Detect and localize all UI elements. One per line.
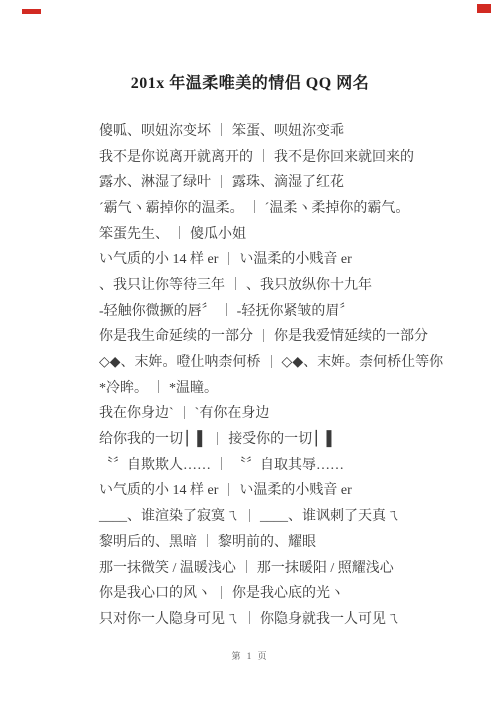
nickname-right: 你是我心底的光ヽ xyxy=(232,582,344,602)
nickname-right: *温瞳。 xyxy=(169,377,218,397)
pair-separator xyxy=(254,200,255,213)
red-mark-top-right xyxy=(477,4,491,13)
nickname-right: -轻抚你紧皱的眉〞 xyxy=(237,300,354,320)
nickname-pair-row: 〝〞自欺欺人…… 〝〞自取其辱…… xyxy=(99,451,470,477)
pair-separator xyxy=(226,303,227,316)
nickname-right: 黎明前的、耀眼 xyxy=(218,531,316,551)
nickname-pair-row: 你是我生命延续的一部分 你是我爱情延续的一部分 xyxy=(99,323,470,349)
nickname-right: い温柔的小贱音 er xyxy=(239,479,351,499)
nickname-right: 〝〞自取其辱…… xyxy=(232,454,344,474)
nickname-right: 我不是你回来就回来的 xyxy=(274,146,414,166)
nickname-right: い温柔的小贱音 er xyxy=(239,248,351,268)
page-title: 201x 年温柔唯美的情侣 QQ 网名 xyxy=(0,0,500,93)
nickname-pair-row: 露水、淋湿了绿叶 露珠、滴湿了红花 xyxy=(99,168,470,194)
pair-separator xyxy=(221,586,222,599)
nickname-pair-row: ◇◆、末姩。噔仩呐柰何桥 ◇◆、末姩。柰何桥仩等你 xyxy=(99,348,470,374)
nickname-pair-row: ____、谁渲染了寂寞ㄟ ____、谁讽刺了天真ㄟ xyxy=(99,502,470,528)
nickname-pair-row: ˊ霸气ヽ霸掉你的温柔。 ˊ温柔ヽ柔掉你的霸气。 xyxy=(99,194,470,220)
pair-separator xyxy=(179,226,180,239)
pair-separator xyxy=(249,611,250,624)
nickname-pair-row: *冷眸。 *温瞳。 xyxy=(99,374,470,400)
pair-separator xyxy=(207,534,208,547)
pair-separator xyxy=(228,252,229,265)
nickname-pair-row: い气质的小 14 样 er い温柔的小贱音 er xyxy=(99,477,470,503)
nickname-list: 傻呱、呗妞沵变坏 笨蛋、呗妞沵变乖 我不是你说离开就离开的 我不是你回来就回来的… xyxy=(99,117,470,631)
pair-separator xyxy=(221,175,222,188)
nickname-left: 笨蛋先生、 xyxy=(99,223,169,243)
pair-separator xyxy=(221,457,222,470)
pair-separator xyxy=(217,432,218,445)
nickname-left: 给你我的一切 ▏▌ xyxy=(99,428,207,448)
nickname-right: 傻瓜小姐 xyxy=(190,223,246,243)
nickname-left: 你是我生命延续的一部分 xyxy=(99,325,253,345)
nickname-right: 笨蛋、呗妞沵变乖 xyxy=(232,120,344,140)
red-mark-top-left xyxy=(22,9,41,14)
nickname-left: 那一抹微笑 / 温暖浅心 xyxy=(99,557,236,577)
nickname-left: 我不是你说离开就离开的 xyxy=(99,146,253,166)
pair-separator xyxy=(158,380,159,393)
nickname-left: ____、谁渲染了寂寞ㄟ xyxy=(99,505,239,525)
nickname-right: 你是我爱情延续的一部分 xyxy=(274,325,428,345)
nickname-right: ____、谁讽刺了天真ㄟ xyxy=(260,505,400,525)
document-page: 201x 年温柔唯美的情侣 QQ 网名 傻呱、呗妞沵变坏 笨蛋、呗妞沵变乖 我不… xyxy=(0,0,500,708)
nickname-left: ˊ霸气ヽ霸掉你的温柔。 xyxy=(99,197,244,217)
nickname-left: -轻触你微撅的唇〞 xyxy=(99,300,216,320)
nickname-left: 你是我心口的风ヽ xyxy=(99,582,211,602)
nickname-pair-row: 傻呱、呗妞沵变坏 笨蛋、呗妞沵变乖 xyxy=(99,117,470,143)
nickname-right: 你隐身就我一人可见ㄟ xyxy=(260,608,400,628)
nickname-left: い气质的小 14 样 er xyxy=(99,248,218,268)
nickname-pair-row: 给你我的一切 ▏▌ 接受你的一切 ▏▌ xyxy=(99,425,470,451)
nickname-left: *冷眸。 xyxy=(99,377,148,397)
pair-separator xyxy=(249,509,250,522)
nickname-pair-row: 那一抹微笑 / 温暖浅心 那一抹暖阳 / 照耀浅心 xyxy=(99,554,470,580)
pair-separator xyxy=(235,277,236,290)
nickname-left: 傻呱、呗妞沵变坏 xyxy=(99,120,211,140)
nickname-pair-row: 你是我心口的风ヽ 你是我心底的光ヽ xyxy=(99,579,470,605)
nickname-pair-row: 、我只让你等待三年 、我只放纵你十九年 xyxy=(99,271,470,297)
nickname-left: 、我只让你等待三年 xyxy=(99,274,225,294)
pair-separator xyxy=(263,329,264,342)
pair-separator xyxy=(246,560,247,573)
nickname-right: 接受你的一切 ▏▌ xyxy=(228,428,336,448)
nickname-pair-row: -轻触你微撅的唇〞 -轻抚你紧皱的眉〞 xyxy=(99,297,470,323)
pair-separator xyxy=(184,406,185,419)
nickname-left: 我在你身边ˋ xyxy=(99,402,174,422)
nickname-pair-row: 只对你一人隐身可见ㄟ 你隐身就我一人可见ㄟ xyxy=(99,605,470,631)
nickname-left: 只对你一人隐身可见ㄟ xyxy=(99,608,239,628)
nickname-left: 〝〞自欺欺人…… xyxy=(99,454,211,474)
nickname-right: 露珠、滴湿了红花 xyxy=(232,171,344,191)
nickname-right: 、我只放纵你十九年 xyxy=(246,274,372,294)
pair-separator xyxy=(221,123,222,136)
nickname-left: 露水、淋湿了绿叶 xyxy=(99,171,211,191)
nickname-pair-row: い气质的小 14 样 er い温柔的小贱音 er xyxy=(99,245,470,271)
nickname-left: 黎明后的、黑暗 xyxy=(99,531,197,551)
pair-separator xyxy=(271,355,272,368)
nickname-right: ˊ温柔ヽ柔掉你的霸气。 xyxy=(265,197,410,217)
nickname-pair-row: 笨蛋先生、 傻瓜小姐 xyxy=(99,220,470,246)
nickname-pair-row: 我不是你说离开就离开的 我不是你回来就回来的 xyxy=(99,143,470,169)
pair-separator xyxy=(263,149,264,162)
nickname-left: い气质的小 14 样 er xyxy=(99,479,218,499)
nickname-pair-row: 黎明后的、黑暗 黎明前的、耀眼 xyxy=(99,528,470,554)
nickname-right: 那一抹暖阳 / 照耀浅心 xyxy=(257,557,394,577)
page-number: 第 1 页 xyxy=(0,649,500,662)
nickname-right: ◇◆、末姩。柰何桥仩等你 xyxy=(282,351,444,371)
pair-separator xyxy=(228,483,229,496)
nickname-right: ˋ有你在身边 xyxy=(195,402,270,422)
nickname-left: ◇◆、末姩。噔仩呐柰何桥 xyxy=(99,351,261,371)
nickname-pair-row: 我在你身边ˋ ˋ有你在身边 xyxy=(99,400,470,426)
